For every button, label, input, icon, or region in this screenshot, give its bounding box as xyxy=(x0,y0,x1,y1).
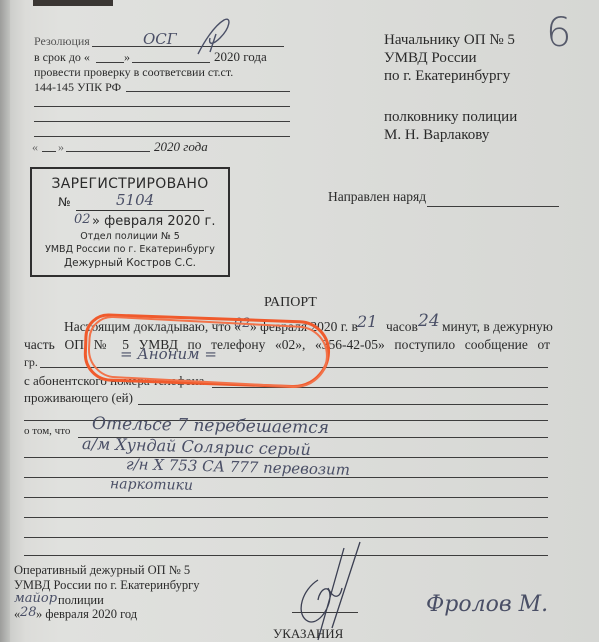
instruction-line1: провести проверку в соответсвии ст.ст. xyxy=(34,65,233,80)
rule xyxy=(138,404,548,405)
stamp-org: УМВД России по г. Екатеринбургу xyxy=(32,244,228,255)
top-shadow xyxy=(33,0,113,6)
rule xyxy=(92,46,284,47)
addressee-line2: УМВД России xyxy=(384,50,477,67)
stamp-number-value: 5104 xyxy=(116,191,154,209)
about-label: о том, что xyxy=(24,425,70,437)
deadline-year: 2020 года xyxy=(214,49,267,65)
signature-rank-hand: майор xyxy=(14,591,57,606)
stamp-day-value: 02 xyxy=(74,212,91,227)
deadline-prefix: в срок до « xyxy=(34,50,90,65)
stamp-officer: Дежурный Костров С.С. xyxy=(32,257,228,269)
resolution-date-year: 2020 года xyxy=(154,139,208,155)
stamp-number-label: № xyxy=(58,195,70,209)
signature-date-day: 28 xyxy=(20,605,37,620)
addressee-line3: по г. Екатеринбургу xyxy=(384,68,510,85)
deadline-mid: » xyxy=(124,50,130,65)
citizen-label: гр. xyxy=(24,355,38,370)
resolution-date-mid: » xyxy=(58,140,64,155)
rule xyxy=(24,555,548,556)
signer-name: Фролов М. xyxy=(426,592,548,617)
addressee-line4: полковнику полиции xyxy=(384,109,517,126)
message-line-3: г/н Х 753 СА 777 перевозит xyxy=(126,455,350,479)
rule xyxy=(34,121,290,122)
dispatch-rule xyxy=(427,206,559,207)
report-title: РАПОРТ xyxy=(264,295,317,311)
rule xyxy=(212,387,548,388)
instruction-line2: 144-145 УПК РФ xyxy=(34,80,121,95)
addressee-line5: М. Н. Варлакову xyxy=(384,127,489,144)
rule xyxy=(34,136,290,137)
instructions-title: УКАЗАНИЯ xyxy=(273,626,343,642)
message-line-4: наркотики xyxy=(110,476,193,493)
signature-line1: Оперативный дежурный ОП № 5 xyxy=(14,563,190,578)
rule xyxy=(24,497,548,498)
rule xyxy=(24,537,548,538)
rule xyxy=(24,517,548,518)
residence-label: проживающего (ей) xyxy=(24,390,133,406)
stamp-title: ЗАРЕГИСТРИРОВАНО xyxy=(32,176,228,192)
stamp-dept: Отдел полиции № 5 xyxy=(32,231,228,242)
resolution-handwritten-note: ОСГ xyxy=(143,30,177,48)
stamp-date-rest: » февраля 2020 г. xyxy=(92,214,216,229)
signature-rank-rest: полиции xyxy=(58,593,104,608)
document-page: Резолюция ОСГ в срок до « » 2020 года пр… xyxy=(0,0,599,642)
rule xyxy=(132,62,210,63)
addressee-line1: Начальнику ОП № 5 xyxy=(384,32,515,49)
report-minute: 24 xyxy=(418,311,440,331)
page-mark: 6 xyxy=(546,10,571,56)
resolution-label: Резолюция xyxy=(34,34,90,49)
report-hour-label: часов xyxy=(386,319,418,335)
report-hour: 21 xyxy=(357,312,377,331)
rule xyxy=(34,106,290,107)
rule xyxy=(76,210,204,211)
rule xyxy=(42,151,56,152)
rule xyxy=(126,91,290,92)
binding-edge xyxy=(0,0,10,642)
registration-stamp: ЗАРЕГИСТРИРОВАНО № 5104 02 » февраля 202… xyxy=(30,167,230,277)
report-minute-label: минут, в дежурную xyxy=(442,319,553,335)
rule xyxy=(96,62,124,63)
dispatch-label: Направлен наряд xyxy=(328,189,426,205)
resolution-date-prefix: « xyxy=(32,140,38,155)
highlight-circle-inner xyxy=(87,315,330,389)
signature-date-rest: » февраля 2020 год xyxy=(36,607,137,622)
rule xyxy=(66,151,150,152)
